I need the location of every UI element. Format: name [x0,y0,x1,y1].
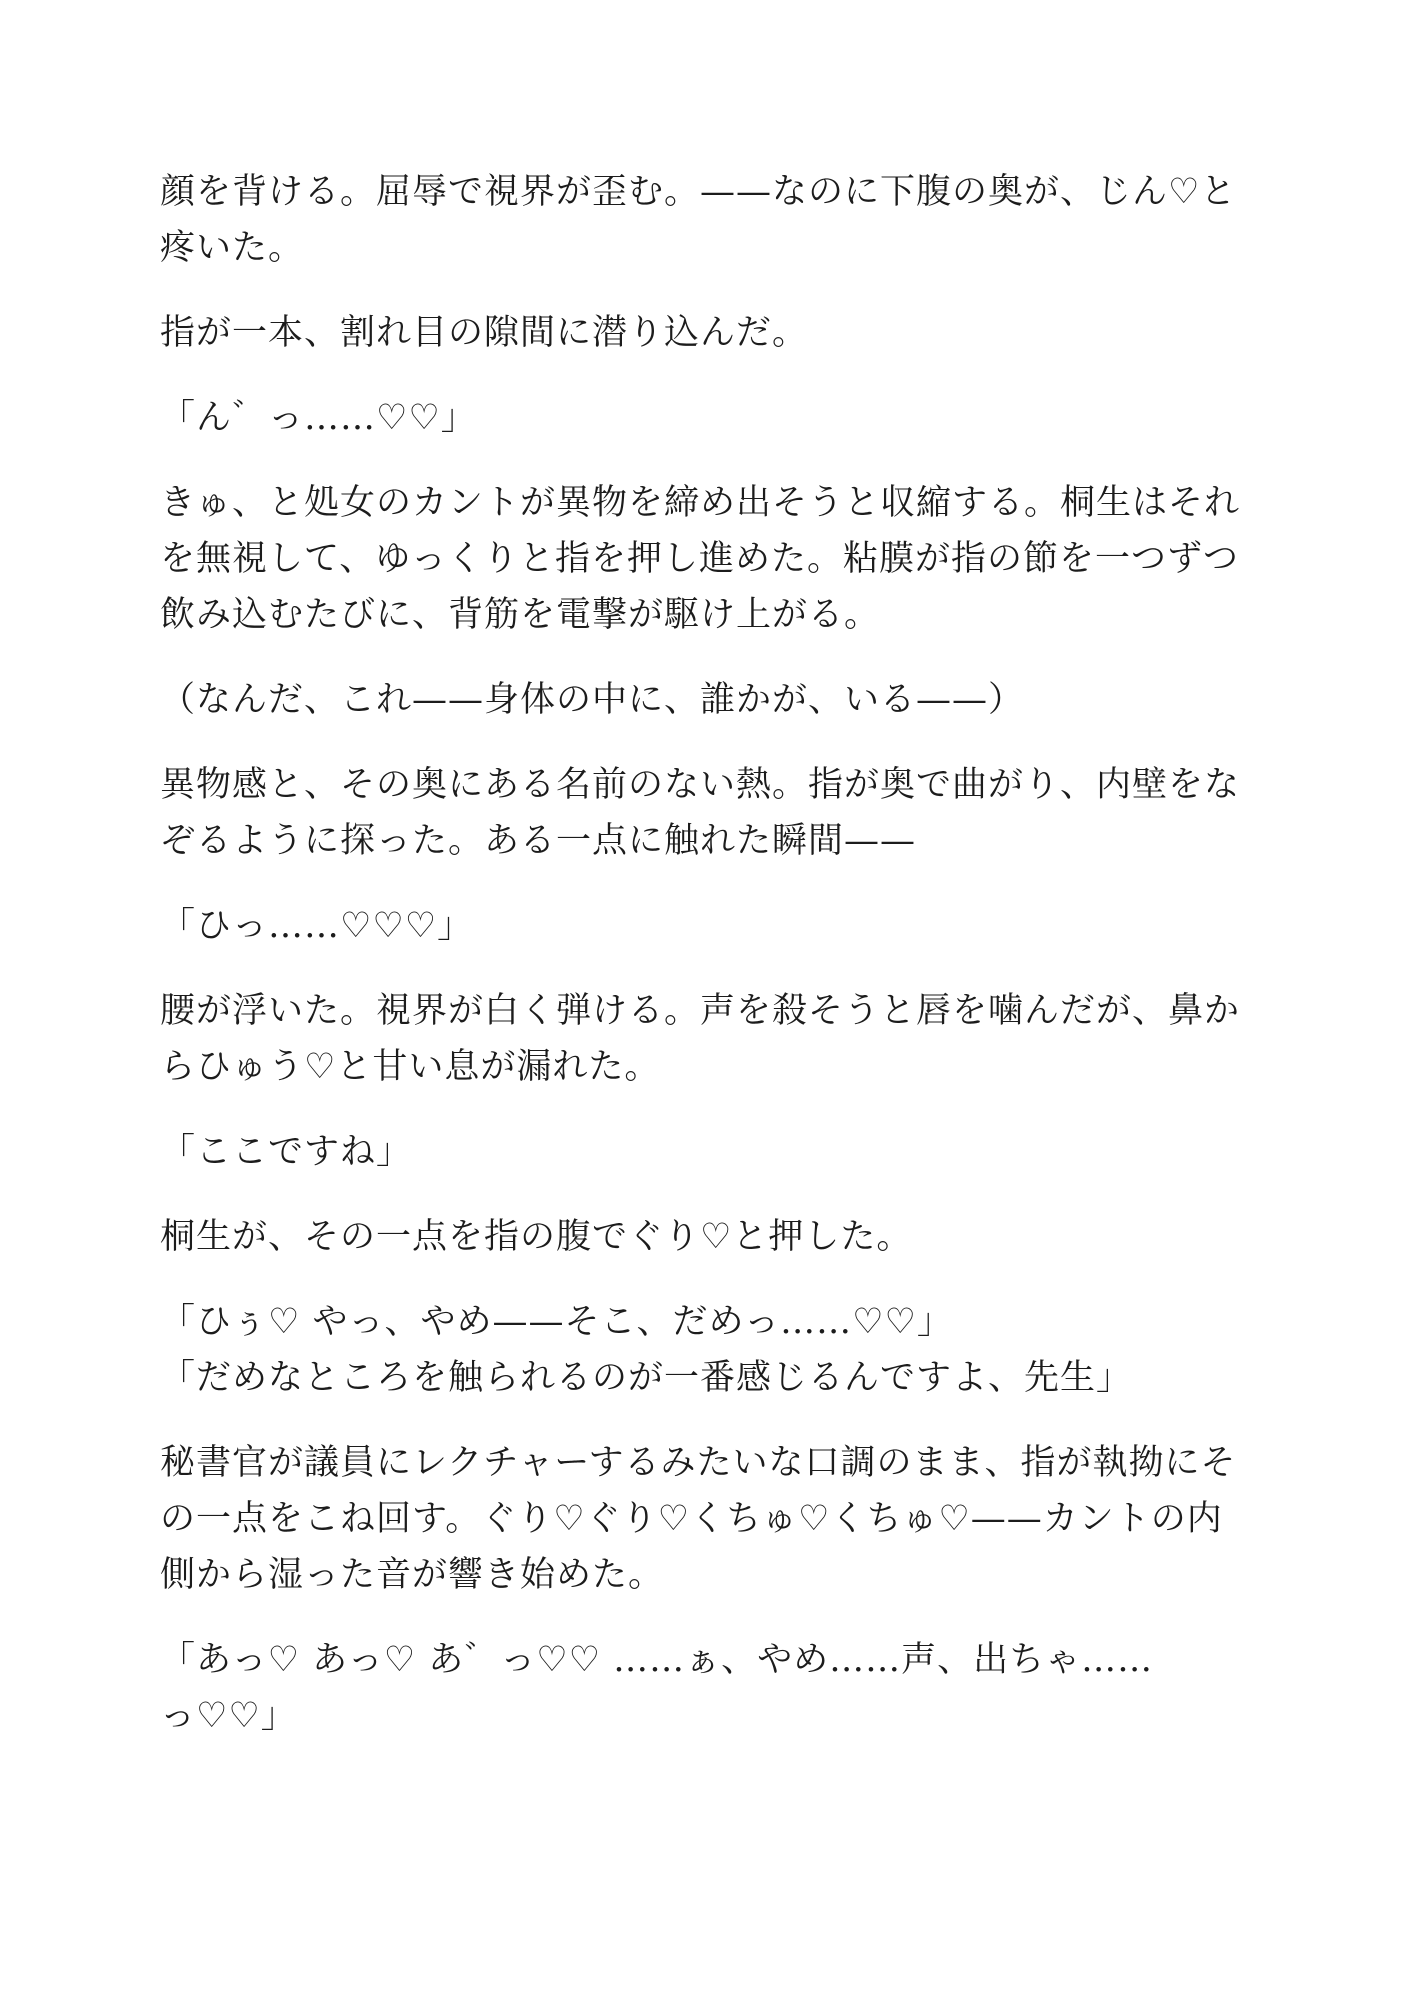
paragraph: （なんだ、これ——身体の中に、誰かが、いる——） [160,672,1270,728]
text-line: の一点をこね回す。ぐり♡ぐり♡くちゅ♡くちゅ♡——カントの内 [160,1491,1270,1547]
text-line: 「ここですね」 [160,1124,1270,1180]
text-line: （なんだ、これ——身体の中に、誰かが、いる——） [160,672,1270,728]
text-line: 腰が浮いた。視界が白く弾ける。声を殺そうと唇を噛んだが、鼻か [160,983,1270,1039]
paragraph: 「ん゛っ……♡♡」 [160,390,1270,446]
text-line: きゅ、と処女のカントが異物を締め出そうと収縮する。桐生はそれ [160,475,1270,531]
story-text: 顔を背ける。屈辱で視界が歪む。——なのに下腹の奥が、じん♡と疼いた。指が一本、割… [160,164,1270,1773]
text-line: っ♡♡」 [160,1688,1270,1744]
paragraph: 異物感と、その奥にある名前のない熱。指が奥で曲がり、内壁をなぞるように探った。あ… [160,757,1270,869]
text-line: らひゅう♡と甘い息が漏れた。 [160,1039,1270,1095]
text-line: 側から湿った音が響き始めた。 [160,1547,1270,1603]
paragraph: 指が一本、割れ目の隙間に潜り込んだ。 [160,305,1270,361]
paragraph: 顔を背ける。屈辱で視界が歪む。——なのに下腹の奥が、じん♡と疼いた。 [160,164,1270,276]
text-line: 「ひっ……♡♡♡」 [160,898,1270,954]
text-line: 疼いた。 [160,220,1270,276]
paragraph: 「ひっ……♡♡♡」 [160,898,1270,954]
text-line: を無視して、ゆっくりと指を押し進めた。粘膜が指の節を一つずつ [160,531,1270,587]
paragraph: 「ひぅ♡ やっ、やめ——そこ、だめっ……♡♡」「だめなところを触られるのが一番感… [160,1294,1270,1406]
document-page: 顔を背ける。屈辱で視界が歪む。——なのに下腹の奥が、じん♡と疼いた。指が一本、割… [0,0,1415,2000]
text-line: 異物感と、その奥にある名前のない熱。指が奥で曲がり、内壁をな [160,757,1270,813]
text-line: ぞるように探った。ある一点に触れた瞬間—— [160,813,1270,869]
text-line: 「ひぅ♡ やっ、やめ——そこ、だめっ……♡♡」 [160,1294,1270,1350]
text-line: 飲み込むたびに、背筋を電撃が駆け上がる。 [160,587,1270,643]
text-line: 桐生が、その一点を指の腹でぐり♡と押した。 [160,1209,1270,1265]
text-line: 「ん゛っ……♡♡」 [160,390,1270,446]
paragraph: 「ここですね」 [160,1124,1270,1180]
paragraph: 「あっ♡ あっ♡ あ゛っ♡♡ ……ぁ、やめ……声、出ちゃ……っ♡♡」 [160,1632,1270,1744]
paragraph: 腰が浮いた。視界が白く弾ける。声を殺そうと唇を噛んだが、鼻からひゅう♡と甘い息が… [160,983,1270,1095]
text-line: 顔を背ける。屈辱で視界が歪む。——なのに下腹の奥が、じん♡と [160,164,1270,220]
paragraph: きゅ、と処女のカントが異物を締め出そうと収縮する。桐生はそれを無視して、ゆっくり… [160,475,1270,643]
paragraph: 秘書官が議員にレクチャーするみたいな口調のまま、指が執拗にその一点をこね回す。ぐ… [160,1435,1270,1603]
paragraph: 桐生が、その一点を指の腹でぐり♡と押した。 [160,1209,1270,1265]
text-line: 秘書官が議員にレクチャーするみたいな口調のまま、指が執拗にそ [160,1435,1270,1491]
text-line: 指が一本、割れ目の隙間に潜り込んだ。 [160,305,1270,361]
text-line: 「だめなところを触られるのが一番感じるんですよ、先生」 [160,1350,1270,1406]
text-line: 「あっ♡ あっ♡ あ゛っ♡♡ ……ぁ、やめ……声、出ちゃ…… [160,1632,1270,1688]
